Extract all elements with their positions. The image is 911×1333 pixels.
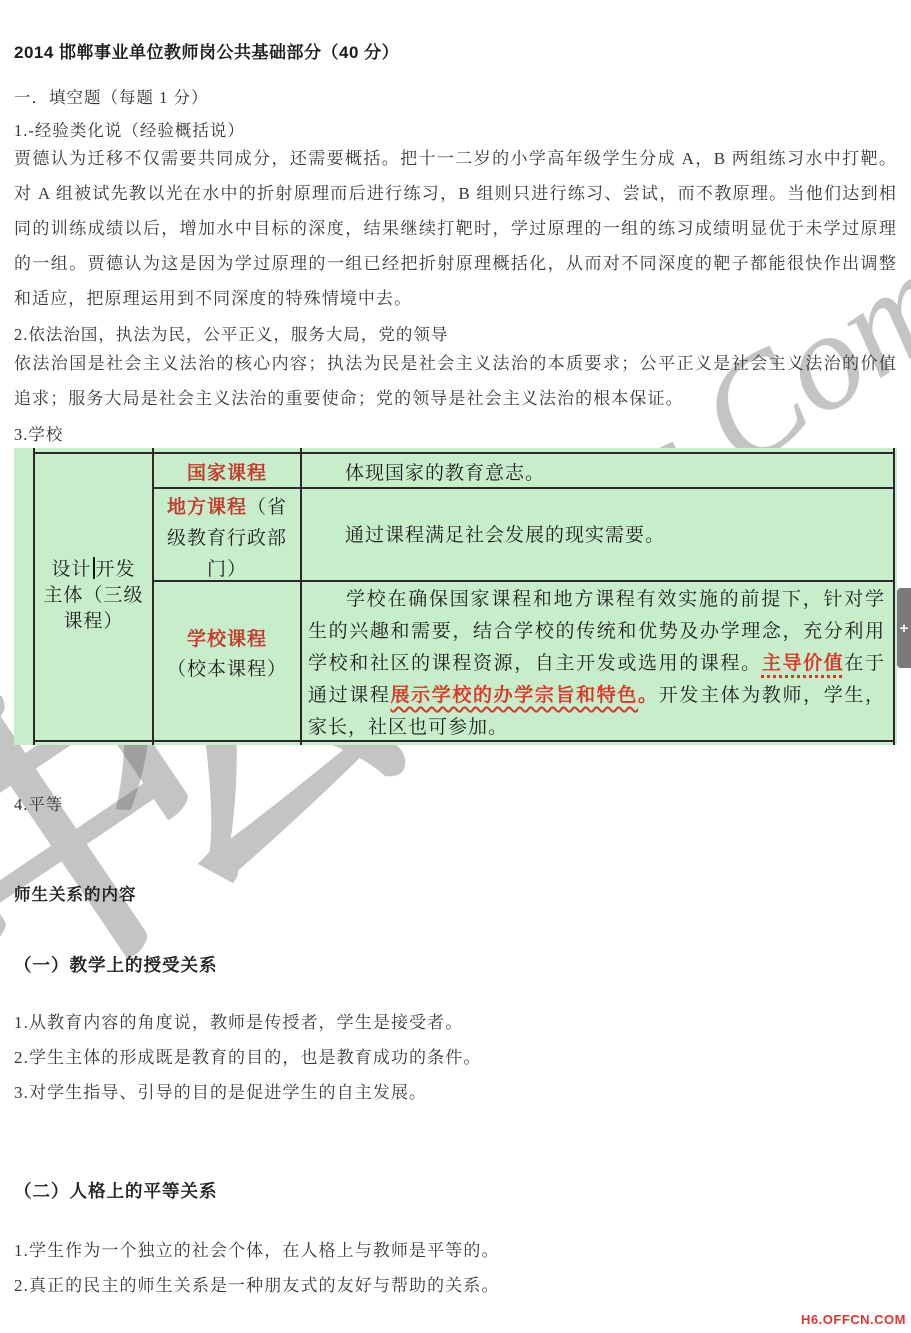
sub1-points: 1.从教育内容的角度说，教师是传授者，学生是接受者。 2.学生主体的形成既是教育… [14,1005,897,1110]
item4-heading: 4.平等 [14,791,63,815]
page-title: 2014 邯郸事业单位教师岗公共基础部分（40 分） [14,38,399,63]
item2-heading: 2.依法治国，执法为民，公平正义，服务大局，党的领导 [14,321,448,345]
cell-local-line3: 门） [154,554,300,585]
table-border-v3 [300,448,302,745]
emphasized-red-text: 主导价值 [762,653,845,674]
cell-design-line3: 课程） [35,609,152,635]
cell-national-desc: 体现国家的教育意志。 [345,458,885,485]
add-comment-button[interactable]: + [897,588,911,668]
cell-school-desc: 学校在确保国家课程和地方课程有效实施的前提下，针对学生的兴趣和需要，结合学校的传… [308,584,885,744]
section1-heading: 一．填空题（每题 1 分） [14,84,209,108]
table-border-row1 [152,487,895,489]
footer-site-url: H6.OFFCN.COM [801,1312,906,1327]
course-table: 设计开发 主体（三级 课程） 国家课程 体现国家的教育意志。 地方课程（省 级教… [14,448,897,745]
sub2-points: 1.学生作为一个独立的社会个体，在人格上与教师是平等的。 2.真正的民主的师生关… [14,1233,897,1303]
item2-body: 依法治国是社会主义法治的核心内容；执法为民是社会主义法治的本质要求；公平正义是社… [14,346,897,416]
sub1-point-2: 2.学生主体的形成既是教育的目的，也是教育成功的条件。 [14,1040,897,1075]
cell-local-desc: 通过课程满足社会发展的现实需要。 [345,520,885,547]
cell-local-course: 地方课程（省 级教育行政部 门） [154,492,300,585]
item1-heading: 1.-经验类化说（经验概括说） [14,117,245,141]
cell-school-course: 学校课程 （校本课程） [154,625,300,685]
cell-local-line2: 级教育行政部 [154,523,300,554]
cell-design-line1: 设计开发 [35,557,152,583]
sub2-point-1: 1.学生作为一个独立的社会个体，在人格上与教师是平等的。 [14,1233,897,1268]
table-border-v4 [893,448,895,745]
sub1-title: （一）教学上的授受关系 [14,952,218,977]
cell-design-line2: 主体（三级 [35,583,152,609]
sub2-point-2: 2.真正的民主的师生关系是一种朋友式的友好与帮助的关系。 [14,1268,897,1303]
plus-icon: + [900,620,909,637]
wavy-underlined-red-text: 展示学校的办学宗旨和特色 [391,685,639,706]
sub1-point-3: 3.对学生指导、引导的目的是促进学生的自主发展。 [14,1075,897,1110]
item1-body: 贾德认为迁移不仅需要共同成分，还需要概括。把十一二岁的小学高年级学生分成 A，B… [14,141,897,316]
cell-national-course: 国家课程 [154,458,300,485]
sub2-title: （二）人格上的平等关系 [14,1178,218,1203]
sub1-point-1: 1.从教育内容的角度说，教师是传授者，学生是接受者。 [14,1005,897,1040]
cell-local-line1: 地方课程（省 [154,492,300,523]
section2-title: 师生关系的内容 [14,881,137,905]
table-border-top [33,452,895,454]
cell-school-name-sub: （校本课程） [154,655,300,685]
cell-school-name: 学校课程 [154,625,300,655]
item3-heading: 3.学校 [14,421,63,445]
text-cursor [93,557,95,579]
cell-design-subject: 设计开发 主体（三级 课程） [35,557,152,635]
